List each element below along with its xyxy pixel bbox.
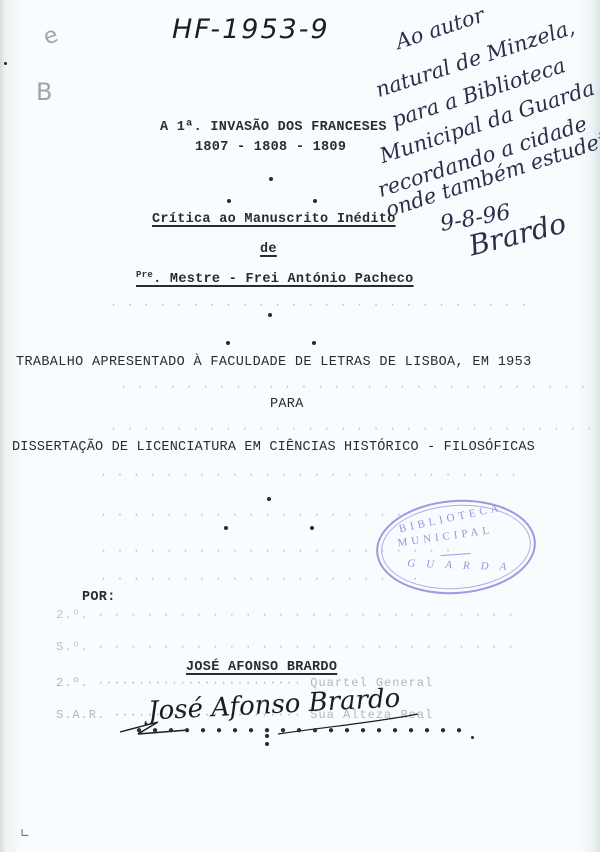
separator-dot: [310, 526, 314, 530]
pencil-mark-e: e: [40, 22, 61, 50]
separator-dot: [265, 742, 269, 746]
bleed-through-text: · · · · · · · · · · · · · · · · · · ·: [100, 508, 403, 522]
separator-dot: [267, 497, 271, 501]
separator-dot: [268, 313, 272, 317]
title-line-1: A 1ª. INVASÃO DOS FRANCESES: [160, 120, 387, 135]
speck: [4, 62, 7, 65]
bleed-through-text: · · · · · · · · · · · · · · · · · · · · …: [110, 298, 528, 312]
author-prefix: Pre: [136, 270, 153, 280]
author-typed-name: JOSÉ AFONSO BRARDO: [186, 660, 337, 675]
bleed-through-text: · · · · · · · · · · · · · · · · · · · · …: [120, 380, 587, 394]
speck: [471, 736, 474, 739]
bleed-through-text: 2.º. · · · · · · · · · · · · · · · · · ·…: [56, 608, 515, 622]
pencil-mark-b: B: [36, 78, 52, 106]
bleed-through-text: · · · · · · · · · · · · · · · · · · · · …: [100, 468, 518, 482]
subtitle-de: de: [260, 242, 277, 257]
dissertation-line: DISSERTAÇÃO DE LICENCIATURA EM CIÊNCIAS …: [12, 440, 535, 455]
stamp-rule: [441, 553, 471, 556]
corner-mark: ∟: [20, 826, 30, 840]
separator-dot: [313, 199, 317, 203]
separator-dot: [224, 526, 228, 530]
title-years: 1807 - 1808 - 1809: [195, 140, 346, 155]
separator-dot: [269, 177, 273, 181]
manuscript-author: Pre. Mestre - Frei António Pacheco: [136, 270, 414, 287]
bleed-through-text: S.º. · · · · · · · · · · · · · · · · · ·…: [56, 640, 515, 654]
separator-dot: [265, 734, 269, 738]
bleed-through-text: · · · · · · · · · · · · · · · · · · · · …: [110, 422, 594, 436]
critique-title: Crítica ao Manuscrito Inédito: [152, 212, 396, 227]
scanned-page: e B HF-1953-9 Ao autor natural de Minzel…: [0, 0, 600, 852]
separator-dot: [227, 199, 231, 203]
byline-label: POR:: [82, 590, 116, 605]
stamp-line-3: GUARDA: [407, 558, 517, 574]
separator-dot: [226, 341, 230, 345]
call-number: HF-1953-9: [172, 14, 330, 45]
separator-dot: [312, 341, 316, 345]
signature-dotted-line: ● ● ● ● ● ● ● ● ● ● ● ● ● ● ● ● ● ● ● ● …: [136, 726, 464, 737]
author-name: . Mestre - Frei António Pacheco: [153, 272, 413, 287]
presentation-line: TRABALHO APRESENTADO À FACULDADE DE LETR…: [16, 355, 532, 370]
bleed-through-text: · · · · · · · · · · · · · · · · · · · ·: [100, 572, 420, 586]
para-label: PARA: [270, 397, 304, 412]
